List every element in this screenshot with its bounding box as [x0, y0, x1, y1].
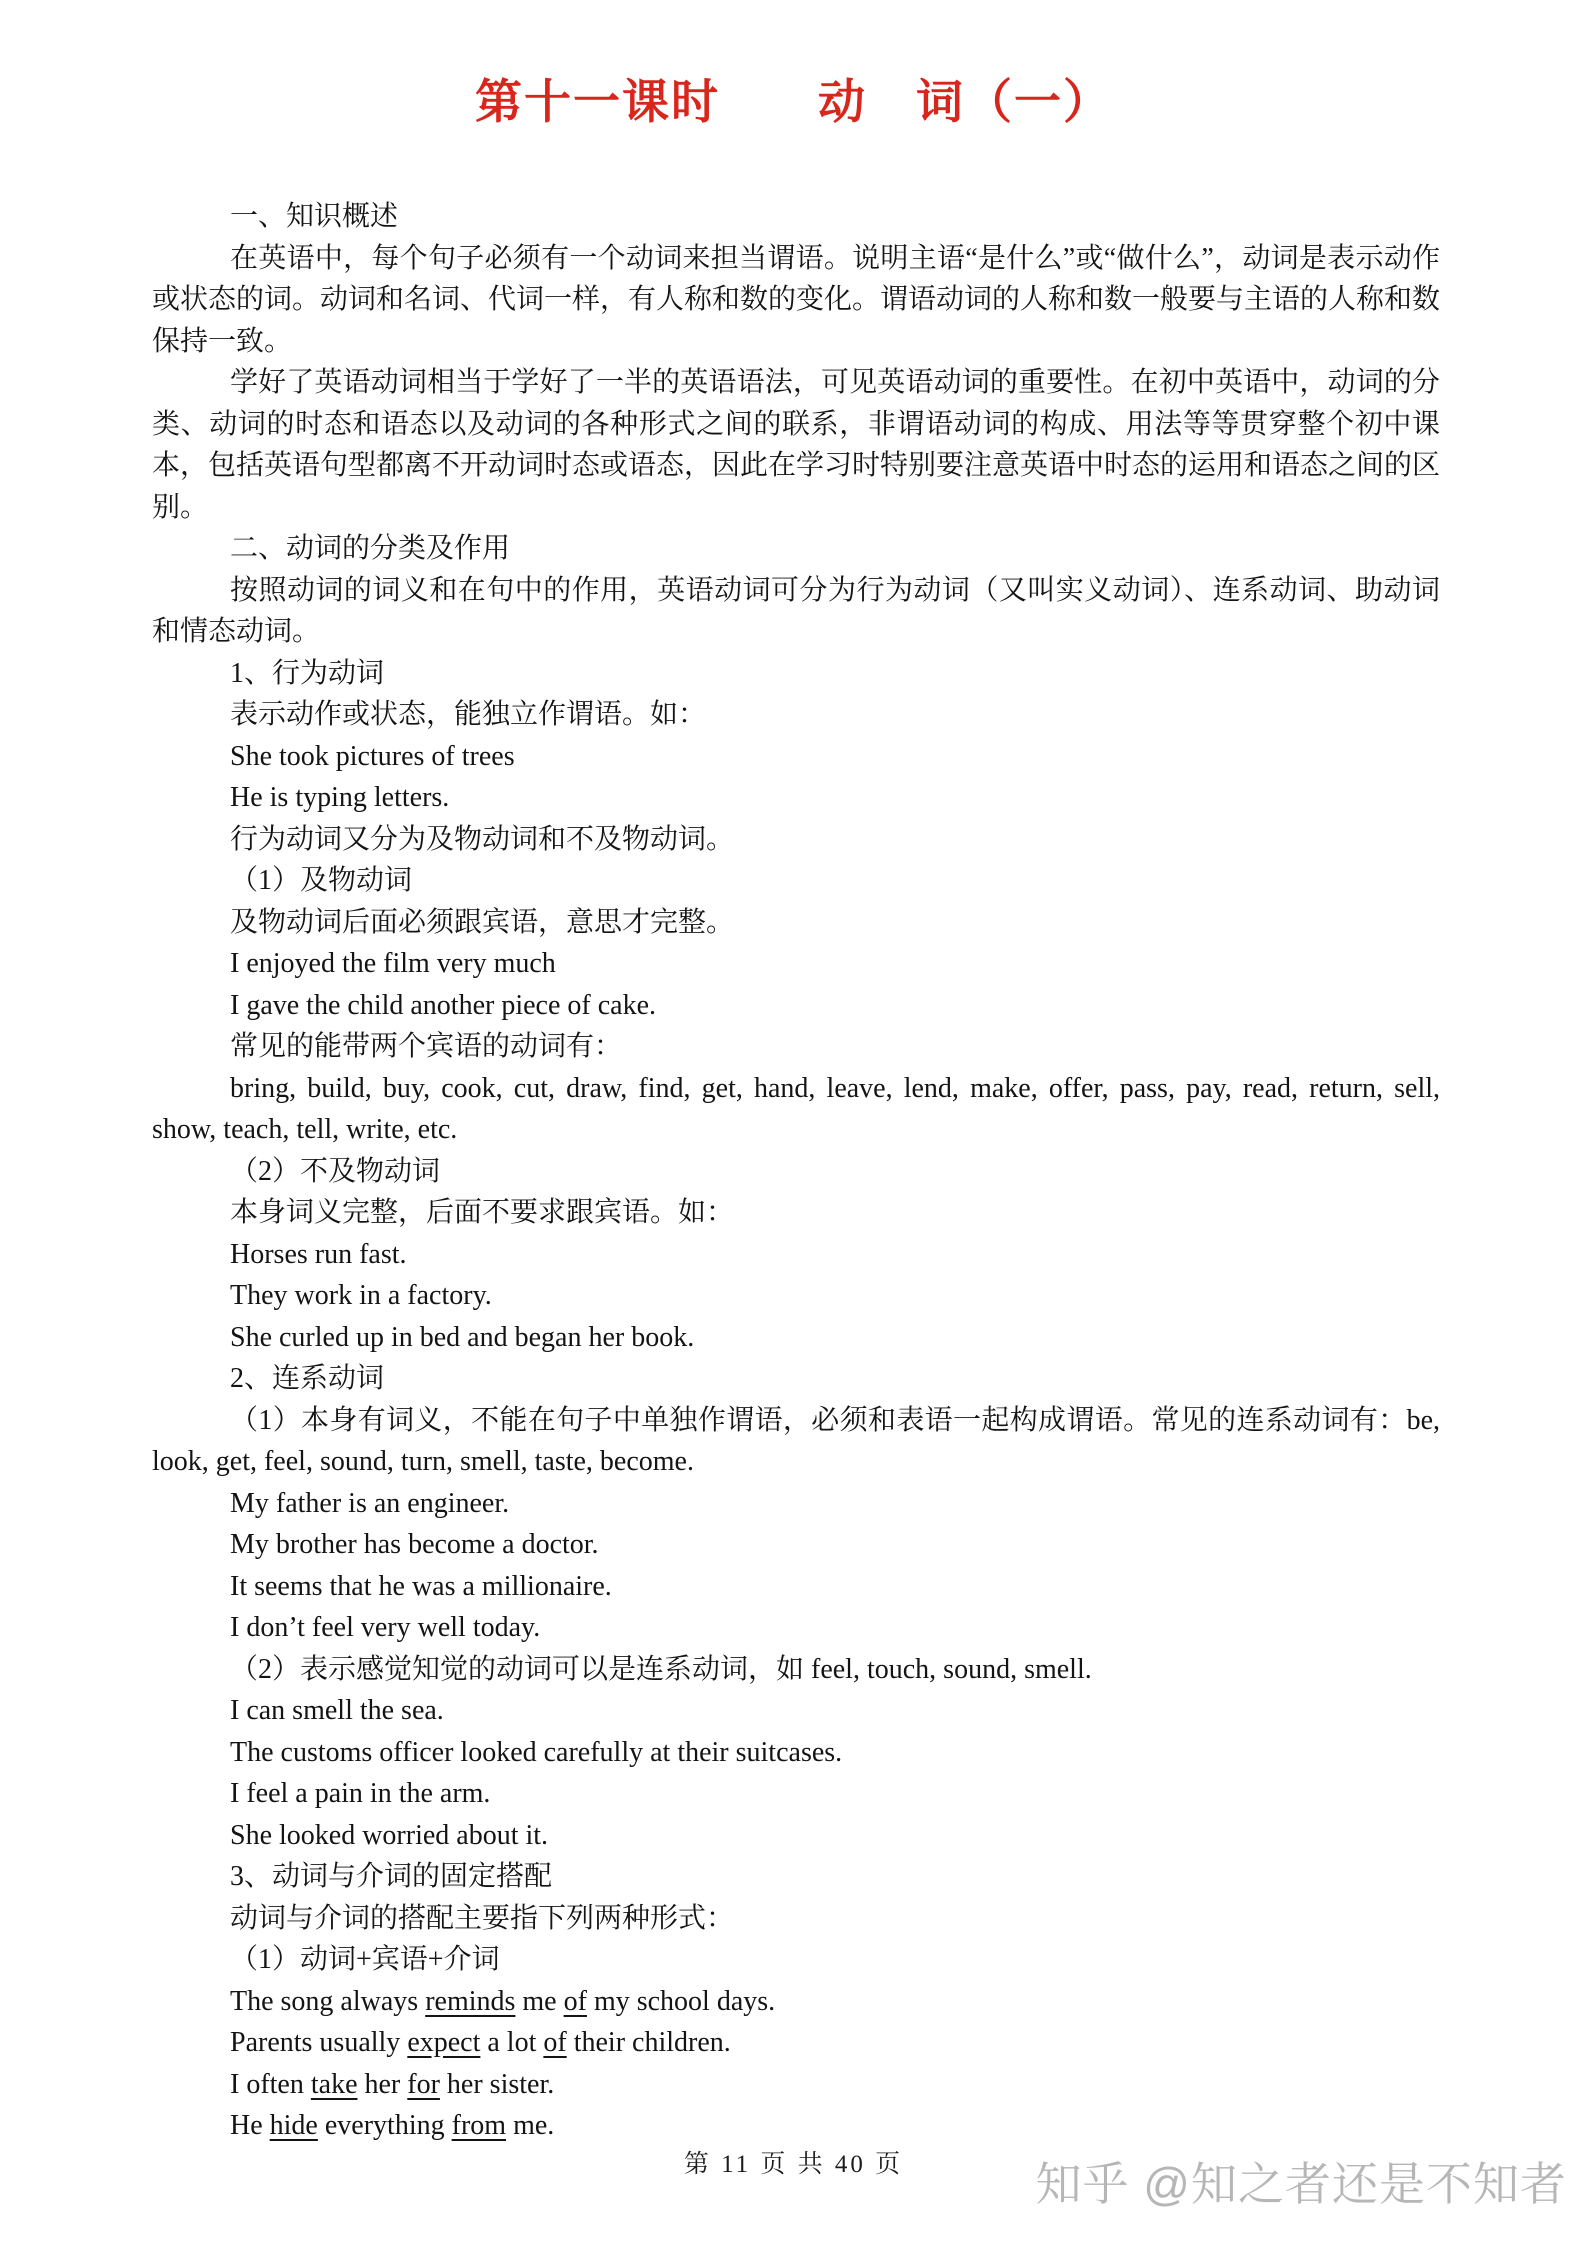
- zhihu-watermark: 知乎 @知之者还是不知者: [1036, 2148, 1567, 2214]
- text-segment: 一、知识概述: [230, 201, 398, 232]
- text-segment: 行为动词又分为及物动词和不及物动词。: [230, 824, 734, 855]
- text-segment: 2、连系动词: [230, 1363, 384, 1394]
- text-segment: 及物动词后面必须跟宾语，意思才完整。: [230, 907, 734, 938]
- underlined-word: for: [407, 2069, 440, 2100]
- text-segment: I feel a pain in the arm.: [230, 1778, 490, 1809]
- underlined-word: of: [564, 1986, 587, 2017]
- example-sentence: She took pictures of trees: [152, 736, 1440, 778]
- text-segment: He: [230, 2110, 270, 2141]
- text-segment: 常见的能带两个宾语的动词有：: [230, 1031, 622, 1062]
- text-segment: （2）表示感觉知觉的动词可以是连系动词，如 feel, touch, sound…: [230, 1654, 1092, 1685]
- underlined-word: of: [543, 2027, 566, 2058]
- document-body: 一、知识概述在英语中，每个句子必须有一个动词来担当谓语。说明主语“是什么”或“做…: [152, 196, 1440, 2147]
- text-segment: 学好了英语动词相当于学好了一半的英语语法，可见英语动词的重要性。在初中英语中，动…: [152, 367, 1440, 523]
- example-sentence: My brother has become a doctor.: [152, 1524, 1440, 1566]
- paragraph: 及物动词后面必须跟宾语，意思才完整。: [152, 902, 1440, 944]
- text-segment: She looked worried about it.: [230, 1820, 548, 1851]
- example-sentence: She curled up in bed and began her book.: [152, 1317, 1440, 1359]
- text-segment: He is typing letters.: [230, 782, 449, 813]
- text-segment: a lot: [480, 2027, 543, 2058]
- example-sentence: She looked worried about it.: [152, 1815, 1440, 1857]
- paragraph: （1）本身有词义，不能在句子中单独作谓语，必须和表语一起构成谓语。常见的连系动词…: [152, 1400, 1440, 1483]
- example-sentence: It seems that he was a millionaire.: [152, 1566, 1440, 1608]
- text-segment: 表示动作或状态，能独立作谓语。如：: [230, 699, 706, 730]
- text-segment: I often: [230, 2069, 311, 2100]
- paragraph: 本身词义完整，后面不要求跟宾语。如：: [152, 1192, 1440, 1234]
- text-segment: her sister.: [440, 2069, 554, 2100]
- text-segment: 1、行为动词: [230, 658, 384, 689]
- text-segment: me.: [506, 2110, 554, 2141]
- document-page: 第十一课时 动 词（一） 一、知识概述在英语中，每个句子必须有一个动词来担当谓语…: [0, 0, 1587, 2245]
- text-segment: 动词与介词的搭配主要指下列两种形式：: [230, 1903, 734, 1934]
- example-sentence: He hide everything from me.: [152, 2105, 1440, 2147]
- section-heading: 一、知识概述: [152, 196, 1440, 238]
- text-segment: I gave the child another piece of cake.: [230, 990, 656, 1021]
- underlined-word: reminds: [425, 1986, 515, 2017]
- text-segment: I don’t feel very well today.: [230, 1612, 540, 1643]
- text-segment: （2）不及物动词: [230, 1156, 440, 1187]
- text-segment: I can smell the sea.: [230, 1695, 444, 1726]
- example-sentence: He is typing letters.: [152, 777, 1440, 819]
- text-segment: bring, build, buy, cook, cut, draw, find…: [152, 1073, 1440, 1146]
- text-segment: （1）本身有词义，不能在句子中单独作谓语，必须和表语一起构成谓语。常见的连系动词…: [152, 1405, 1440, 1478]
- text-segment: My father is an engineer.: [230, 1488, 509, 1519]
- page-title: 第十一课时 动 词（一）: [0, 72, 1587, 134]
- text-segment: their children.: [567, 2027, 731, 2058]
- example-sentence: My father is an engineer.: [152, 1483, 1440, 1525]
- example-sentence: I gave the child another piece of cake.: [152, 985, 1440, 1027]
- text-segment: her: [358, 2069, 408, 2100]
- example-sentence: Horses run fast.: [152, 1234, 1440, 1276]
- text-segment: 按照动词的词义和在句中的作用，英语动词可分为行为动词（又叫实义动词）、连系动词、…: [152, 575, 1440, 648]
- paragraph: （2）表示感觉知觉的动词可以是连系动词，如 feel, touch, sound…: [152, 1649, 1440, 1691]
- example-sentence: Parents usually expect a lot of their ch…: [152, 2022, 1440, 2064]
- sub-heading: （2）不及物动词: [152, 1151, 1440, 1193]
- paragraph: 按照动词的词义和在句中的作用，英语动词可分为行为动词（又叫实义动词）、连系动词、…: [152, 570, 1440, 653]
- text-segment: She took pictures of trees: [230, 741, 515, 772]
- text-segment: She curled up in bed and began her book.: [230, 1322, 694, 1353]
- text-segment: （1）及物动词: [230, 865, 412, 896]
- verb-list: bring, build, buy, cook, cut, draw, find…: [152, 1068, 1440, 1151]
- sub-heading: （1）动词+宾语+介词: [152, 1939, 1440, 1981]
- section-heading: 二、动词的分类及作用: [152, 528, 1440, 570]
- example-sentence: I don’t feel very well today.: [152, 1607, 1440, 1649]
- text-segment: It seems that he was a millionaire.: [230, 1571, 612, 1602]
- text-segment: 3、动词与介词的固定搭配: [230, 1861, 552, 1892]
- example-sentence: I feel a pain in the arm.: [152, 1773, 1440, 1815]
- text-segment: 在英语中，每个句子必须有一个动词来担当谓语。说明主语“是什么”或“做什么”，动词…: [152, 243, 1440, 357]
- text-segment: The customs officer looked carefully at …: [230, 1737, 842, 1768]
- sub-heading: 2、连系动词: [152, 1358, 1440, 1400]
- paragraph: 动词与介词的搭配主要指下列两种形式：: [152, 1898, 1440, 1940]
- sub-heading: 1、行为动词: [152, 653, 1440, 695]
- underlined-word: expect: [407, 2027, 480, 2058]
- text-segment: 本身词义完整，后面不要求跟宾语。如：: [230, 1197, 734, 1228]
- text-segment: me: [515, 1986, 563, 2017]
- text-segment: my school days.: [587, 1986, 775, 2017]
- underlined-word: from: [452, 2110, 506, 2141]
- text-segment: （1）动词+宾语+介词: [230, 1944, 500, 1975]
- paragraph: 表示动作或状态，能独立作谓语。如：: [152, 694, 1440, 736]
- text-segment: The song always: [230, 1986, 425, 2017]
- example-sentence: The song always reminds me of my school …: [152, 1981, 1440, 2023]
- text-segment: Horses run fast.: [230, 1239, 407, 1270]
- example-sentence: I can smell the sea.: [152, 1690, 1440, 1732]
- paragraph: 在英语中，每个句子必须有一个动词来担当谓语。说明主语“是什么”或“做什么”，动词…: [152, 238, 1440, 363]
- paragraph: 常见的能带两个宾语的动词有：: [152, 1026, 1440, 1068]
- example-sentence: I often take her for her sister.: [152, 2064, 1440, 2106]
- example-sentence: They work in a factory.: [152, 1275, 1440, 1317]
- underlined-word: hide: [270, 2110, 318, 2141]
- paragraph: 学好了英语动词相当于学好了一半的英语语法，可见英语动词的重要性。在初中英语中，动…: [152, 362, 1440, 528]
- underlined-word: take: [311, 2069, 358, 2100]
- text-segment: everything: [318, 2110, 452, 2141]
- sub-heading: 3、动词与介词的固定搭配: [152, 1856, 1440, 1898]
- paragraph: 行为动词又分为及物动词和不及物动词。: [152, 819, 1440, 861]
- text-segment: My brother has become a doctor.: [230, 1529, 599, 1560]
- text-segment: They work in a factory.: [230, 1280, 492, 1311]
- text-segment: I enjoyed the film very much: [230, 948, 556, 979]
- example-sentence: I enjoyed the film very much: [152, 943, 1440, 985]
- text-segment: 二、动词的分类及作用: [230, 533, 510, 564]
- text-segment: Parents usually: [230, 2027, 407, 2058]
- example-sentence: The customs officer looked carefully at …: [152, 1732, 1440, 1774]
- sub-heading: （1）及物动词: [152, 860, 1440, 902]
